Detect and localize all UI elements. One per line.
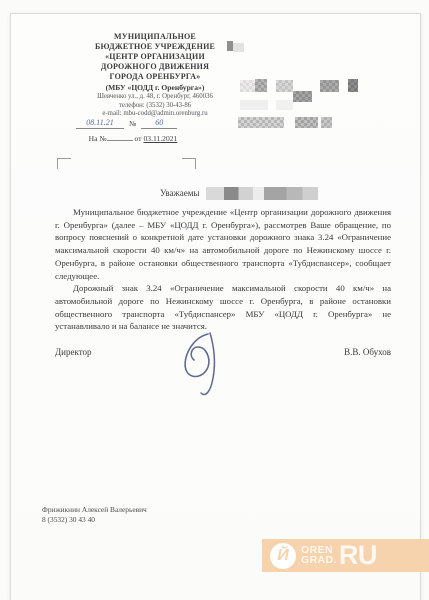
redaction-block	[240, 100, 268, 110]
redaction-block	[276, 80, 293, 92]
redaction-block	[295, 117, 318, 128]
redaction-block	[348, 79, 358, 92]
outgoing-date-handwritten: 08.11.21	[76, 118, 124, 129]
letterhead: МУНИЦИПАЛЬНОЕ БЮДЖЕТНОЕ УЧРЕЖДЕНИЕ «ЦЕНТ…	[55, 32, 255, 119]
redaction-block-addressee-name	[206, 187, 318, 200]
signer-name: В.В. Обухов	[344, 347, 391, 357]
handwritten-signature-icon	[176, 330, 234, 410]
redaction-block	[293, 91, 312, 102]
org-name-line: БЮДЖЕТНОЕ УЧРЕЖДЕНИЕ	[55, 42, 255, 52]
org-abbrev: (МБУ «ЦОДД г. Оренбурга»)	[55, 83, 255, 93]
redaction-block	[238, 117, 284, 128]
redaction-block	[321, 117, 332, 128]
ref-date: 03.11.2021	[143, 134, 177, 143]
org-address: Шевченко ул., д. 48, г. Оренбург, 460036	[55, 93, 255, 102]
ref-prefix: На №	[89, 134, 107, 143]
redaction-block	[320, 80, 339, 92]
redaction-block	[276, 100, 293, 110]
executor-name: Фрижикнин Алексей Валерьевич	[42, 505, 147, 515]
watermark-line2: GRAD.	[301, 556, 337, 566]
salutation-text: Уважаемы	[160, 188, 199, 198]
watermark-text-stack: OREN GRAD.	[301, 546, 337, 565]
outgoing-number-handwritten: 60	[141, 118, 177, 129]
signer-title: Директор	[55, 347, 92, 357]
paragraph: Дорожный знак 3.24 «Ограничение максимал…	[55, 282, 391, 333]
ref-separator: от	[135, 134, 142, 143]
registration-line: 08.11.21 № 60	[76, 118, 177, 129]
reference-line: На № от 03.11.2021	[58, 133, 208, 143]
orengrad-logo-icon: Й	[270, 543, 296, 569]
org-name-line: «ЦЕНТР ОРГАНИЗАЦИИ	[55, 52, 255, 62]
number-sign: №	[129, 119, 136, 129]
scanned-letter-page: МУНИЦИПАЛЬНОЕ БЮДЖЕТНОЕ УЧРЕЖДЕНИЕ «ЦЕНТ…	[0, 0, 429, 600]
executor-block: Фрижикнин Алексей Валерьевич 8 (3532) 30…	[42, 505, 147, 524]
logo-glyph: Й	[277, 547, 289, 565]
letter-body: Муниципальное бюджетное учреждение «Цент…	[55, 206, 391, 333]
org-phone: телефон: (3532) 30-43-86	[55, 102, 255, 111]
org-name-line: ГОРОДА ОРЕНБУРГА»	[55, 72, 255, 82]
org-name-line: ДОРОЖНОГО ДВИЖЕНИЯ	[55, 62, 255, 72]
redaction-block	[240, 80, 256, 92]
addressee-corner-right	[182, 158, 196, 169]
paragraph: Муниципальное бюджетное учреждение «Цент…	[55, 206, 391, 282]
executor-phone: 8 (3532) 30 43 40	[42, 515, 147, 525]
redaction-block	[233, 43, 244, 52]
watermark-ru: RU	[339, 542, 377, 569]
redaction-block	[255, 79, 267, 92]
orengrad-watermark: Й OREN GRAD. RU	[262, 539, 429, 572]
ref-blank	[107, 133, 133, 141]
addressee-corner-left	[57, 158, 71, 169]
org-name-line: МУНИЦИПАЛЬНОЕ	[55, 32, 255, 42]
